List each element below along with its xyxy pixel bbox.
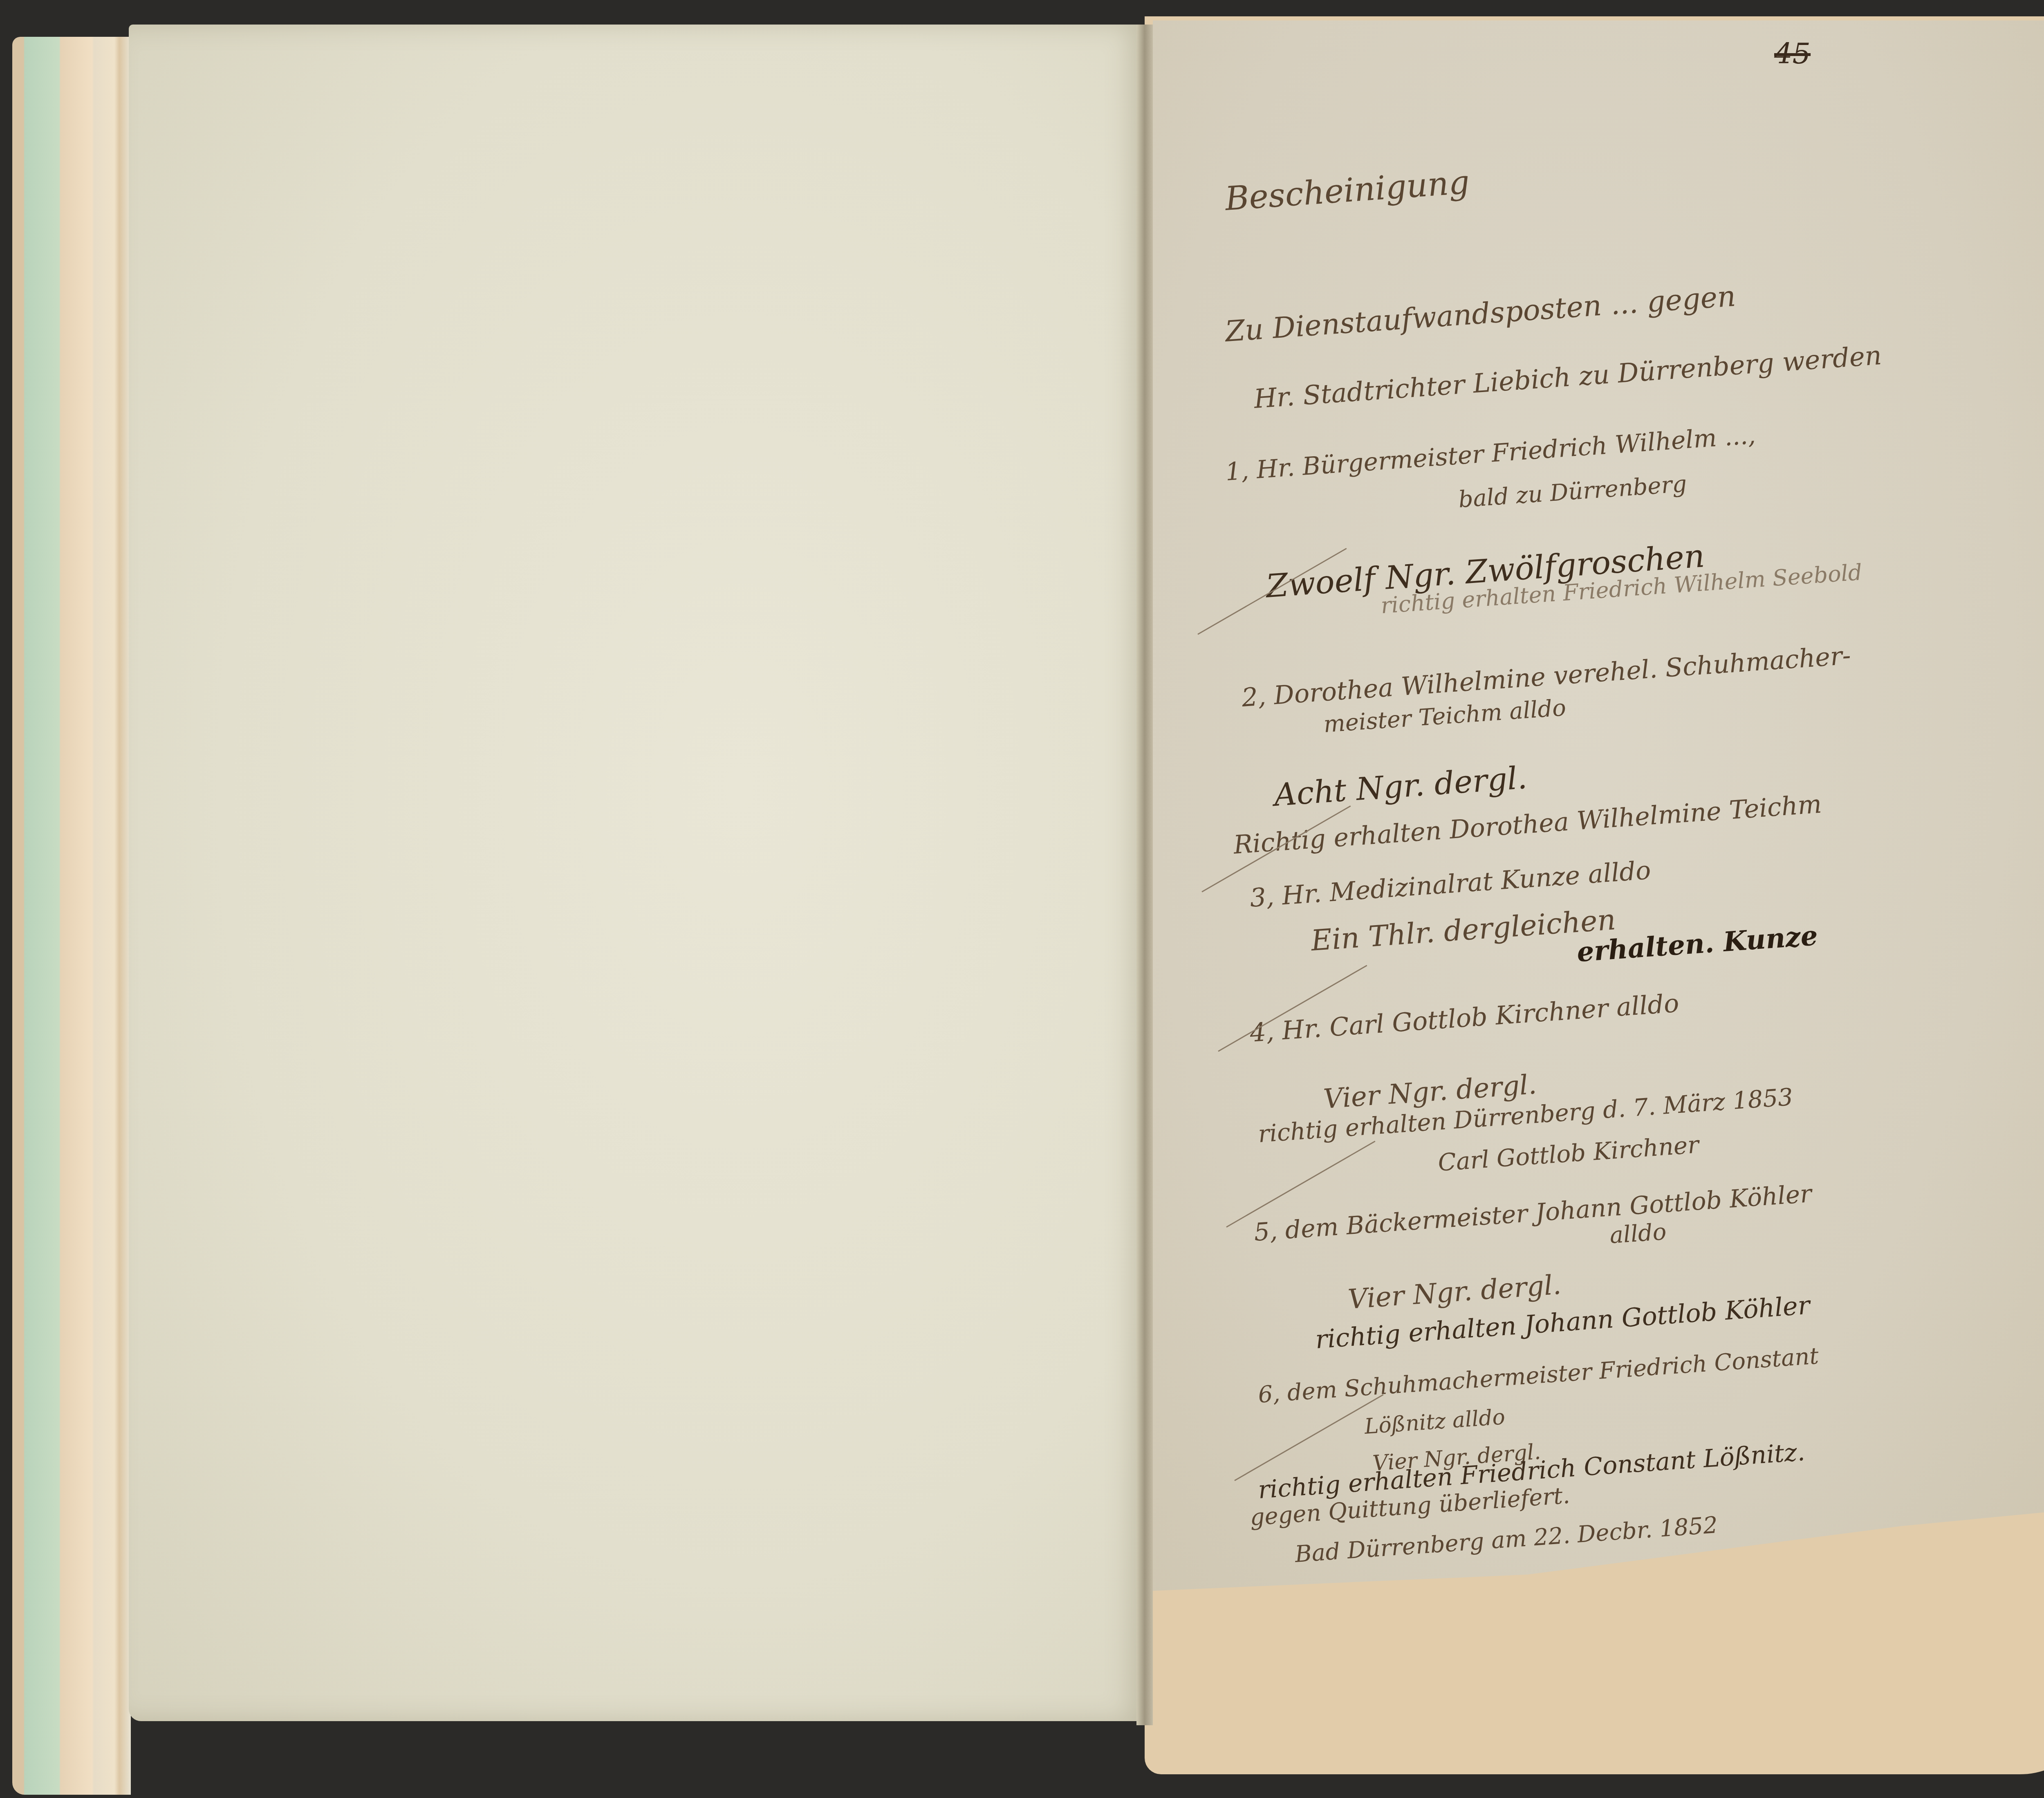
right-page: 45 44 Bescheinigung Zu Dienstaufwandspos… — [1153, 20, 2044, 1639]
line: alldo — [1609, 1218, 1667, 1249]
book-spine-edges — [12, 37, 131, 1795]
amount-line: Acht Ngr. dergl. — [1273, 759, 1528, 813]
line: Hr. Stadtrichter Liebich zu Dürrenberg w… — [1253, 341, 1883, 415]
amount-line: Ein Thlr. dergleichen — [1310, 903, 1617, 957]
line: Zu Dienstaufwandsposten ... gegen — [1224, 279, 1737, 348]
left-page-blank — [129, 25, 1147, 1721]
line: 5, dem Bäckermeister Johann Gottlob Köhl… — [1253, 1179, 1813, 1247]
ruled-stroke — [1234, 1394, 1383, 1481]
line: bald zu Dürrenberg — [1457, 471, 1688, 513]
binding-gutter — [1136, 25, 1153, 1725]
line: 4, Hr. Carl Gottlob Kirchner alldo — [1249, 988, 1680, 1048]
page-heading: Bescheinigung — [1224, 163, 1471, 218]
page-number-struck: 45 — [1774, 37, 1811, 70]
line: Lößnitz alldo — [1364, 1405, 1506, 1439]
amount-line: Vier Ngr. dergl. — [1347, 1269, 1562, 1315]
signature: Carl Gottlob Kirchner — [1437, 1131, 1700, 1177]
